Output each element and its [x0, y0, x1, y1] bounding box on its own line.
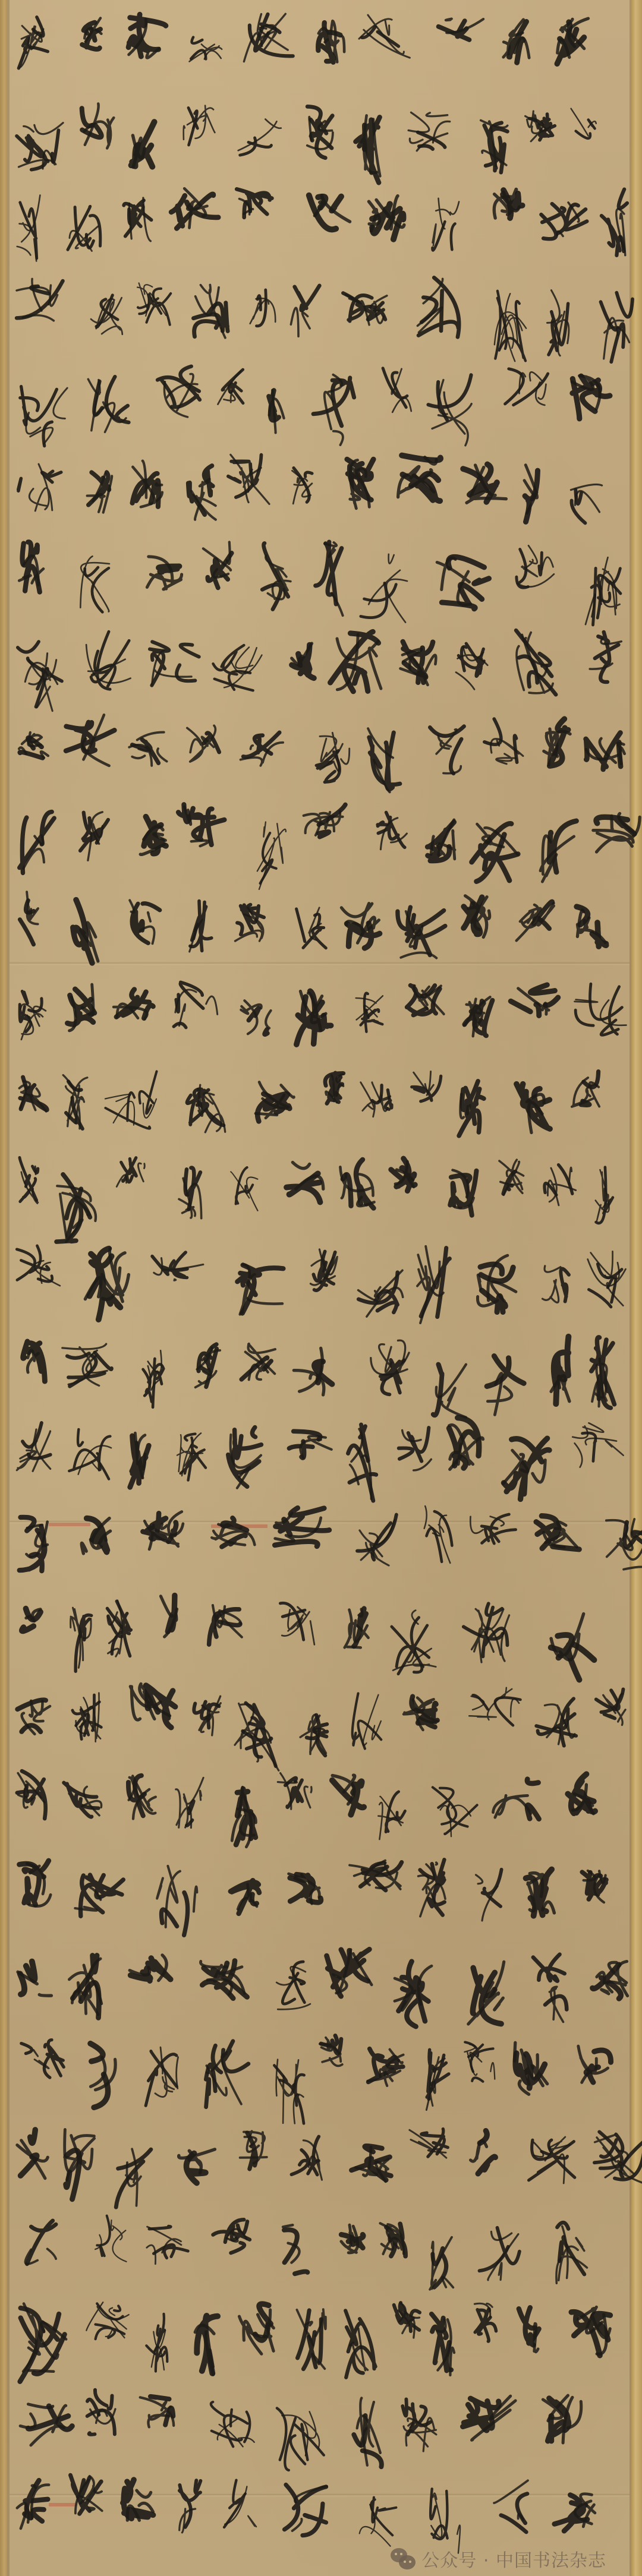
brush-character: [575, 898, 608, 950]
brush-character: [234, 903, 269, 942]
brush-character: [398, 454, 449, 503]
brush-character: [582, 1870, 606, 1906]
brush-character: [574, 2044, 613, 2088]
brush-character: [17, 1515, 58, 1575]
brush-character: [75, 18, 102, 53]
calligraphy-row: [17, 450, 623, 528]
brush-character: [447, 1170, 478, 1218]
brush-character: [512, 627, 562, 696]
brush-character: [129, 731, 169, 766]
brush-character: [266, 1956, 313, 2016]
brush-character: [65, 715, 117, 768]
calligraphy-row: [17, 1154, 623, 1231]
brush-character: [140, 555, 187, 591]
brush-character: [518, 2306, 544, 2362]
brush-character: [592, 1164, 622, 1239]
brush-character: [71, 1693, 103, 1744]
calligraphy-row: [17, 802, 623, 879]
brush-character: [241, 12, 294, 79]
brush-character: [17, 2122, 50, 2187]
brush-character: [462, 461, 508, 505]
calligraphy-row: [17, 187, 623, 264]
brush-character: [591, 1331, 615, 1409]
brush-character: [541, 1611, 596, 1688]
calligraphy-row: [17, 2385, 623, 2462]
brush-character: [494, 289, 526, 364]
brush-character: [344, 1607, 370, 1662]
brush-character: [171, 188, 222, 230]
brush-character: [426, 818, 457, 866]
brush-character: [470, 817, 518, 885]
brush-character: [324, 1949, 374, 1997]
brush-character: [202, 539, 233, 592]
brush-character: [536, 1699, 577, 1747]
brush-character: [189, 1694, 224, 1741]
brush-character: [143, 1508, 185, 1552]
brush-character: [84, 2388, 117, 2441]
brush-character: [127, 1426, 151, 1493]
brush-character: [458, 1077, 487, 1142]
brush-character: [150, 1248, 205, 1281]
brush-character: [509, 983, 559, 1018]
brush-character: [175, 1775, 203, 1828]
brush-character: [67, 1425, 112, 1495]
brush-character: [467, 1687, 521, 1726]
brush-character: [124, 197, 152, 242]
brush-character: [301, 190, 351, 239]
brush-character: [309, 369, 355, 446]
brush-character: [584, 1247, 627, 1308]
brush-character: [152, 364, 202, 418]
brush-character: [69, 1949, 103, 2021]
calligraphy-scroll: 公众号 · 中国书法杂志: [0, 0, 642, 2576]
brush-character: [93, 2214, 127, 2263]
brush-character: [417, 1245, 451, 1323]
brush-character: [194, 1343, 221, 1388]
brush-character: [463, 1597, 517, 1666]
brush-character: [357, 548, 409, 625]
brush-character: [303, 804, 347, 837]
brush-character: [405, 983, 452, 1021]
brush-character: [177, 804, 226, 846]
brush-character: [514, 1076, 550, 1134]
brush-character: [566, 374, 610, 424]
brush-character: [68, 2474, 104, 2518]
brush-character: [542, 1158, 581, 1207]
brush-character: [17, 2303, 66, 2383]
brush-character: [291, 2133, 327, 2182]
brush-character: [330, 628, 382, 697]
brush-character: [472, 2300, 499, 2343]
brush-character: [424, 1505, 454, 1564]
brush-character: [505, 363, 550, 411]
brush-character: [17, 115, 64, 181]
brush-character: [275, 1773, 312, 1813]
brush-character: [568, 463, 603, 526]
brush-character: [17, 12, 56, 72]
brush-character: [78, 1517, 118, 1556]
brush-character: [17, 375, 68, 448]
brush-character: [378, 2222, 414, 2258]
brush-character: [547, 2216, 588, 2290]
brush-character: [525, 111, 555, 144]
brush-character: [515, 545, 556, 594]
brush-character: [341, 901, 380, 948]
brush-character: [314, 541, 346, 617]
brush-character: [340, 1157, 375, 1215]
brush-character: [432, 198, 461, 260]
brush-character: [547, 2489, 603, 2534]
calligraphy-row: [17, 11, 623, 88]
brush-character: [428, 370, 482, 449]
brush-character: [319, 1070, 344, 1104]
brush-character: [467, 1866, 503, 1944]
brush-character: [174, 2139, 223, 2202]
brush-character: [17, 2214, 67, 2292]
calligraphy-row: [17, 1066, 623, 1143]
brush-character: [376, 1783, 408, 1842]
brush-character: [17, 991, 49, 1040]
brush-character: [234, 187, 272, 220]
brush-character: [486, 1347, 528, 1415]
brush-character: [114, 984, 158, 1020]
brush-character: [17, 891, 44, 945]
brush-character: [17, 1421, 55, 1472]
brush-character: [539, 815, 577, 883]
brush-character: [156, 1595, 181, 1638]
brush-character: [391, 1157, 419, 1195]
brush-character: [465, 2124, 501, 2174]
brush-character: [130, 1683, 177, 1731]
brush-character: [17, 1770, 50, 1821]
brush-character: [511, 2042, 548, 2113]
brush-character: [543, 717, 571, 768]
brush-character: [564, 1774, 596, 1818]
brush-character: [120, 898, 160, 949]
brush-character: [17, 1697, 52, 1739]
brush-character: [310, 1249, 338, 1298]
brush-character: [235, 1696, 280, 1773]
brush-character: [175, 2479, 201, 2536]
brush-character: [357, 1513, 396, 1579]
brush-character: [431, 2312, 460, 2376]
brush-character: [17, 189, 42, 263]
brush-character: [85, 1246, 130, 1319]
brush-character: [557, 18, 588, 65]
brush-character: [174, 981, 218, 1031]
brush-character: [304, 106, 333, 162]
brush-character: [343, 284, 389, 333]
brush-character: [392, 1956, 433, 2028]
brush-character: [359, 2485, 397, 2547]
brush-character: [571, 1069, 600, 1109]
brush-character: [80, 811, 115, 861]
brush-character: [17, 2402, 73, 2446]
brush-character: [144, 2226, 189, 2265]
calligraphy-row: [17, 2473, 623, 2550]
brush-character: [149, 642, 202, 693]
brush-character: [481, 718, 531, 764]
brush-character: [416, 1859, 452, 1917]
brush-character: [185, 892, 213, 956]
brush-character: [119, 2479, 155, 2525]
brush-character: [436, 545, 490, 612]
brush-character: [279, 2220, 313, 2277]
brush-character: [343, 458, 375, 510]
brush-character: [187, 26, 222, 62]
calligraphy-row: [17, 2121, 623, 2198]
brush-character: [240, 727, 288, 768]
brush-character: [532, 1953, 567, 2032]
brush-character: [67, 200, 102, 263]
brush-character: [408, 112, 451, 151]
brush-character: [522, 453, 552, 523]
brush-character: [569, 104, 597, 146]
brush-character: [389, 1604, 440, 1675]
brush-character: [111, 2132, 153, 2212]
brush-character: [300, 1699, 328, 1757]
brush-character: [273, 2400, 327, 2473]
brush-character: [116, 1156, 149, 1191]
brush-character: [17, 1857, 51, 1911]
brush-character: [130, 1954, 172, 1988]
calligraphy-row: [17, 978, 623, 1055]
brush-character: [17, 454, 63, 520]
brush-character: [512, 893, 563, 941]
brush-character: [83, 2300, 129, 2340]
brush-character: [181, 101, 216, 147]
calligraphy-row: [17, 362, 623, 440]
brush-character: [542, 2394, 588, 2445]
brush-character: [187, 465, 216, 525]
brush-character: [585, 553, 621, 626]
brush-character: [477, 116, 509, 177]
brush-character: [456, 637, 492, 697]
brush-character: [61, 1341, 113, 1389]
brush-character: [284, 2484, 331, 2539]
brush-character: [546, 289, 573, 356]
brush-character: [17, 1955, 52, 2006]
brush-character: [204, 2397, 255, 2451]
brush-character: [593, 2123, 642, 2188]
calligraphy-row: [17, 1681, 623, 1759]
brush-character: [401, 2398, 437, 2451]
brush-character: [292, 465, 317, 504]
brush-character: [294, 989, 331, 1049]
brush-character: [87, 375, 131, 434]
brush-character: [231, 1166, 258, 1220]
brush-character: [461, 2040, 497, 2084]
paper-edge-left: [7, 0, 10, 2576]
brush-character: [17, 1340, 46, 1384]
brush-character: [464, 993, 495, 1038]
brush-character: [351, 2136, 391, 2184]
brush-character: [350, 2394, 384, 2467]
brush-character: [127, 1775, 159, 1819]
brush-character: [408, 2123, 448, 2158]
brush-character: [345, 2307, 376, 2379]
brush-character: [591, 1959, 637, 2000]
brush-character: [468, 1512, 516, 1545]
brush-character: [311, 731, 353, 791]
brush-character: [604, 1517, 642, 1580]
brush-character: [498, 1159, 524, 1196]
brush-character: [274, 2048, 306, 2124]
brush-character: [186, 722, 222, 763]
brush-character: [525, 1869, 555, 1918]
calligraphy-row: [17, 99, 623, 176]
brush-character: [547, 1331, 572, 1410]
calligraphy-row: [17, 626, 623, 703]
brush-character: [130, 459, 163, 508]
brush-character: [285, 1871, 323, 1906]
brush-character: [449, 1418, 484, 1471]
brush-character: [74, 1872, 125, 1920]
brush-character: [600, 288, 632, 365]
brush-character: [589, 629, 621, 691]
brush-character: [228, 452, 270, 507]
brush-character: [225, 1422, 262, 1489]
brush-character: [17, 539, 44, 592]
brush-character: [17, 2034, 64, 2078]
brush-character: [342, 1693, 383, 1759]
brush-character: [62, 2129, 95, 2202]
brush-character: [17, 1603, 40, 1636]
brush-character: [540, 198, 588, 247]
brush-character: [348, 1424, 376, 1504]
brush-character: [589, 807, 642, 854]
brush-character: [296, 2309, 326, 2371]
brush-character: [410, 1071, 444, 1103]
brush-character: [195, 2312, 220, 2379]
brush-character: [17, 1157, 41, 1205]
brush-character: [237, 2298, 276, 2354]
brush-character: [250, 1081, 295, 1124]
brush-character: [128, 13, 171, 68]
brush-character: [526, 2136, 580, 2184]
brush-character: [141, 1341, 166, 1409]
brush-character: [65, 892, 105, 969]
brush-character: [237, 2130, 272, 2172]
brush-character: [427, 721, 466, 777]
brush-character: [90, 2040, 128, 2113]
brush-character: [61, 1074, 88, 1134]
brush-character: [187, 285, 237, 341]
paper-edge-right: [630, 0, 631, 2576]
brush-character: [431, 1782, 478, 1839]
brush-character: [314, 15, 347, 64]
brush-character: [349, 1858, 402, 1894]
brush-character: [291, 639, 316, 684]
brush-character: [355, 986, 383, 1033]
brush-character: [486, 2480, 528, 2537]
brush-character: [399, 636, 441, 690]
brush-character: [461, 1961, 507, 2026]
brush-character: [471, 1254, 517, 1314]
brush-character: [241, 995, 272, 1041]
brush-character: [282, 1161, 323, 1203]
brush-character: [601, 187, 627, 260]
calligraphy-row: [17, 1242, 623, 1319]
calligraphy-row: [17, 1769, 623, 1846]
brush-character: [490, 1777, 546, 1823]
calligraphy-row: [17, 2297, 623, 2374]
brush-character: [395, 905, 451, 961]
brush-character: [140, 815, 166, 857]
brush-character: [240, 1340, 279, 1387]
brush-character: [381, 368, 413, 413]
brush-character: [489, 188, 524, 223]
brush-character: [248, 288, 276, 328]
brush-character: [67, 980, 95, 1032]
brush-character: [210, 1517, 258, 1551]
brush-character: [571, 2304, 612, 2363]
calligraphy-row: [17, 1945, 623, 2022]
brush-character: [81, 631, 133, 706]
calligraphy-row: [17, 1593, 623, 1671]
brush-character: [478, 2221, 521, 2289]
brush-character: [233, 104, 285, 164]
brush-character: [433, 16, 486, 50]
brush-character: [287, 1430, 336, 1469]
brush-character: [86, 463, 117, 514]
brush-character: [17, 276, 66, 321]
brush-character: [584, 727, 625, 771]
brush-character: [367, 2048, 404, 2086]
brush-character: [228, 1874, 270, 1918]
brush-character: [417, 276, 466, 338]
calligraphy-row: [17, 1857, 623, 1934]
brush-character: [253, 817, 289, 894]
brush-character: [261, 376, 287, 438]
brush-character: [295, 906, 328, 953]
calligraphy-row: [17, 538, 623, 615]
brush-character: [17, 2480, 49, 2529]
brush-character: [370, 1331, 416, 1397]
brush-character: [272, 1598, 316, 1647]
brush-character: [574, 984, 630, 1046]
brush-character: [139, 2393, 178, 2430]
brush-character: [143, 2313, 168, 2373]
brush-character: [391, 1425, 432, 1473]
brush-character: [338, 2224, 367, 2261]
brush-character: [106, 1600, 131, 1658]
brush-character: [130, 116, 156, 179]
calligraphy-row: [17, 1330, 623, 1407]
brush-character: [572, 1423, 627, 1470]
brush-character: [211, 2219, 253, 2255]
brush-character: [232, 1786, 258, 1854]
watermark: 公众号 · 中国书法杂志: [391, 2546, 606, 2572]
brush-character: [357, 1081, 395, 1124]
brush-character: [429, 1345, 468, 1423]
brush-character: [503, 16, 530, 68]
brush-character: [177, 1081, 231, 1133]
brush-character: [79, 100, 119, 149]
calligraphy-row: [17, 1505, 623, 1583]
brush-character: [390, 2297, 420, 2338]
brush-character: [534, 1255, 573, 1319]
calligraphy-row: [17, 890, 623, 967]
brush-character: [374, 810, 411, 850]
watermark-label: 公众号 · 中国书法杂志: [421, 2546, 606, 2572]
brush-character: [17, 1075, 49, 1112]
brush-character: [350, 1258, 405, 1318]
scroll-mount-right: [631, 0, 642, 2576]
calligraphy-row: [17, 2209, 623, 2286]
brush-character: [275, 1507, 330, 1546]
brush-character: [198, 1959, 247, 2001]
